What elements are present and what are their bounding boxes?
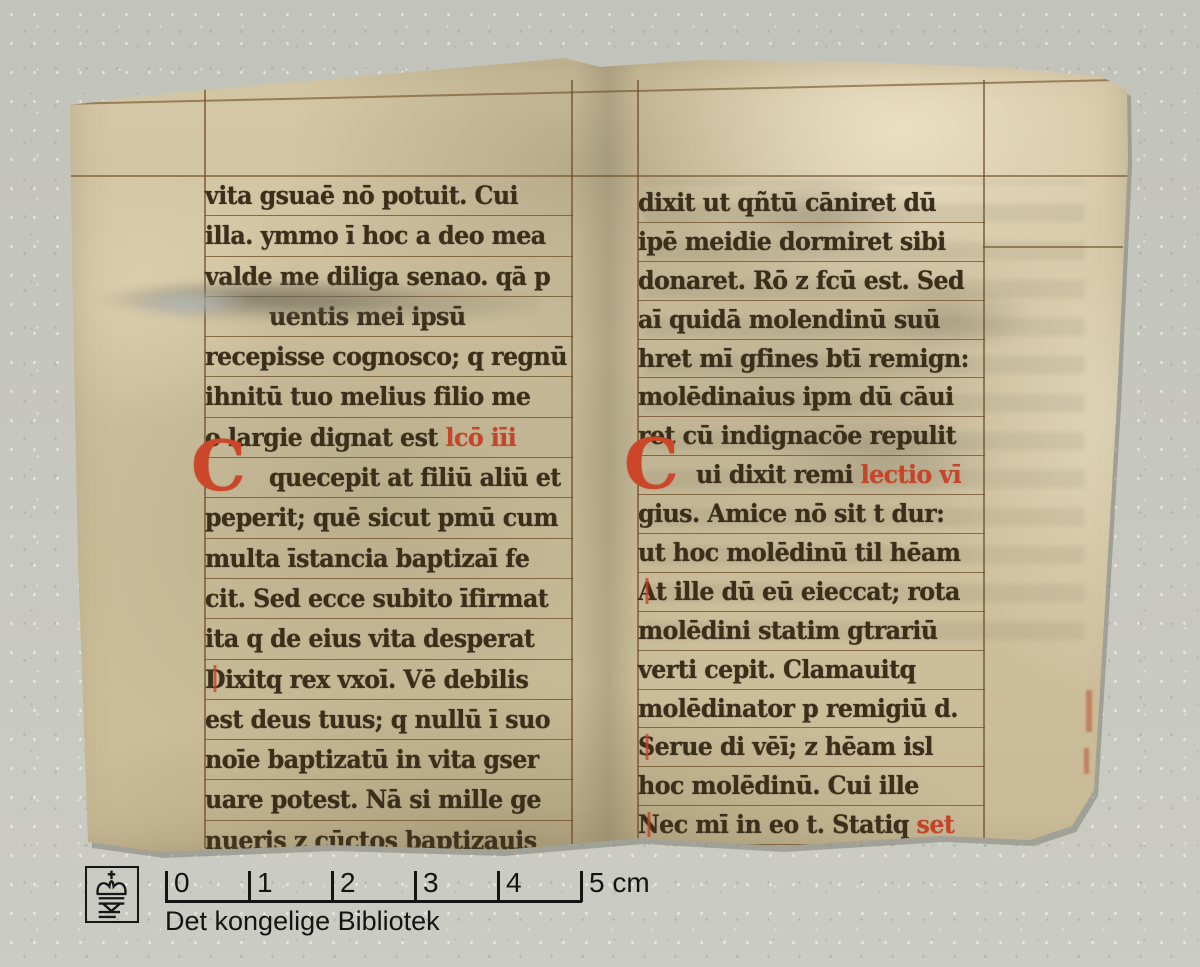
manuscript-line: est deus tuus; q nullū ī suo (205, 700, 573, 740)
erased-smudge (74, 272, 539, 328)
rubric-text: lectio vī (861, 460, 961, 489)
red-margin-mark (1086, 690, 1092, 732)
manuscript-line: noīe baptizatū in vita gser (205, 740, 573, 780)
ruler-tick (580, 871, 583, 902)
photo-backdrop: vita gsuaē nō potuit. Cuiilla. ymmo ī ho… (0, 0, 1200, 967)
manuscript-line: hret mī gfines btī remign: (638, 340, 985, 379)
manuscript-line: molēdinator p remigiū d. (638, 690, 985, 729)
manuscript-line: verti cepit. Clamauitq (638, 651, 985, 690)
manuscript-line: molēdinaius ipm dū cāui (638, 378, 985, 417)
ruling-line (60, 78, 1140, 104)
library-logo (85, 866, 139, 923)
manuscript-line: multa īstancia baptizaī fe (205, 539, 573, 579)
ruler-tick (414, 871, 417, 902)
drop-initial: C (191, 439, 246, 495)
ruler-tick (248, 871, 251, 902)
manuscript-line: illa. ymmo ī hoc a deo mea (205, 216, 573, 256)
manuscript-line: molēdini statim gtrariū (638, 612, 985, 651)
manuscript-line: nueris z cūctos baptizauis (205, 821, 573, 861)
ruler-label: 0 (174, 868, 190, 898)
manuscript-line: ihnitū tuo melius filio me (205, 377, 573, 417)
library-name: Det kongelige Bibliotek (165, 906, 440, 937)
ruler-label: 1 (257, 868, 273, 898)
crown-icon (87, 868, 136, 920)
manuscript-line: ita q de eius vita desperat (205, 619, 573, 659)
manuscript-line: recepisse cognosco; q regnū (205, 337, 573, 377)
manuscript-line: peperit; quē sicut pmū cum (205, 498, 573, 538)
ruler-label: 4 (506, 868, 522, 898)
manuscript-line: uare potest. Nā si mille ge (205, 780, 573, 820)
manuscript-line: ret cū indignacōe repulit (638, 417, 985, 456)
ruler-tick (331, 871, 334, 902)
manuscript-line: gius. Amice nō sit t dur: (638, 495, 985, 534)
manuscript-line: ui dixit remi lectio vī (638, 456, 985, 495)
ruler-tick (497, 871, 500, 902)
ruler-baseline (165, 900, 582, 903)
manuscript-line: quecepit at filiū aliū et (205, 458, 573, 498)
manuscript-fragment: vita gsuaē nō potuit. Cuiilla. ymmo ī ho… (60, 50, 1140, 860)
right-column: dixit ut qñtū cāniret dūipē meidie dormi… (638, 184, 985, 845)
drop-initial: C (624, 437, 679, 493)
rubric-text: lcō iīi (445, 423, 516, 452)
manuscript-line: Dixitq rex vxoī. Vē debilis (205, 660, 573, 700)
ruler-label: 3 (423, 868, 439, 898)
rubric-text: set (917, 810, 955, 839)
manuscript-line: hoc molēdinū. Cui ille (638, 767, 985, 806)
manuscript-line: At ille dū eū eieccat; rota (638, 573, 985, 612)
ruler-tick (165, 871, 168, 902)
manuscript-line: dixit ut qñtū cāniret dū (638, 184, 985, 223)
manuscript-line: ut hoc molēdinū til hēam (638, 534, 985, 573)
manuscript-line: donaret. Rō z fcū est. Sed (638, 262, 985, 301)
ruler-label: 2 (340, 868, 356, 898)
scale-ruler: 012345 cm (165, 868, 665, 904)
manuscript-line: cit. Sed ecce subito īfirmat (205, 579, 573, 619)
manuscript-line: aī quidā molendinū suū (638, 301, 985, 340)
red-margin-mark (1084, 748, 1089, 774)
manuscript-line: ipē meidie dormiret sibi (638, 223, 985, 262)
manuscript-line: vita gsuaē nō potuit. Cui (205, 176, 573, 216)
ruler-label: 5 cm (589, 868, 650, 898)
manuscript-line: o largie dignat est lcō iīi (205, 418, 573, 458)
manuscript-line: Serue di vēī; z hēam isl (638, 728, 985, 767)
